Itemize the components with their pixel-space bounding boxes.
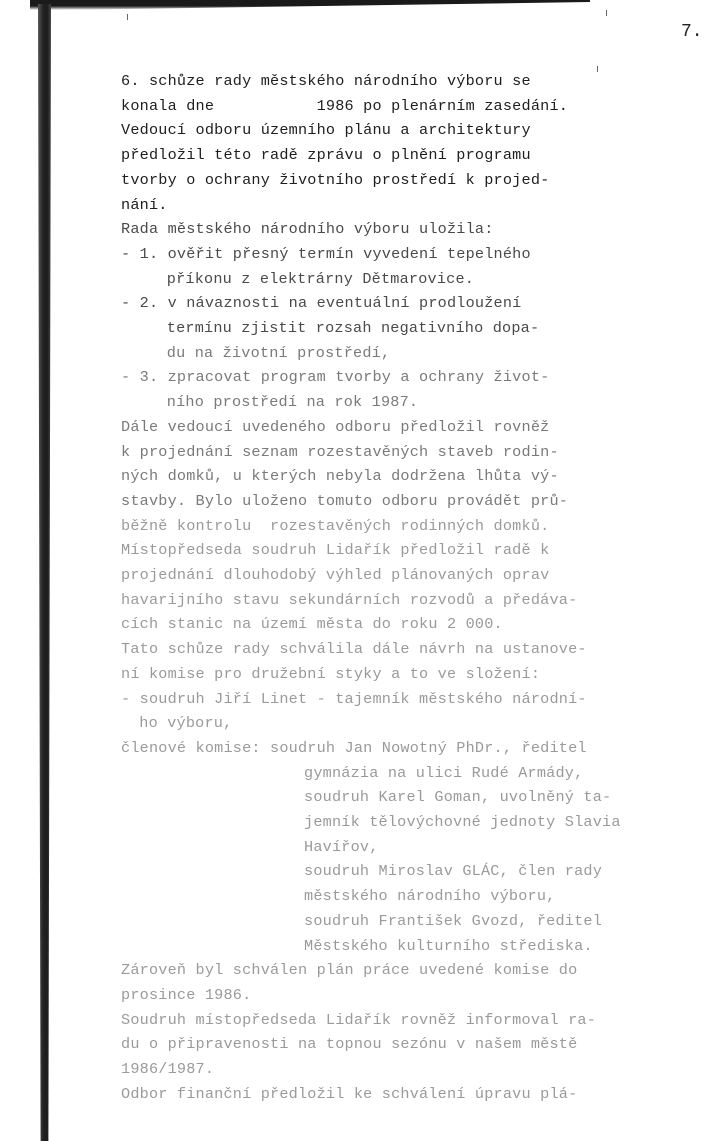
text-line: ho výboru, [139, 713, 232, 733]
text-line: Zároveň byl schválen plán práce uvedené … [121, 960, 577, 980]
text-line: du na životní prostředí, [167, 343, 391, 363]
text-line: - 3. zpracovat program tvorby a ochrany … [121, 367, 549, 387]
text-line: havarijního stavu sekundárních rozvodů a… [121, 590, 577, 610]
text-line: projednání dlouhodobý výhled plánovaných… [121, 565, 549, 585]
text-line: k projednání seznam rozestavěných staveb… [121, 442, 559, 462]
text-line: Odbor finanční předložil ke schválení úp… [121, 1084, 577, 1104]
text-line: soudruh František Gvozd, ředitel [304, 911, 602, 931]
text-line: soudruh Miroslav GLÁC, člen rady [304, 861, 602, 881]
text-line: - 1. ověřit přesný termín vyvedení tepel… [121, 244, 531, 264]
text-line: Dále vedoucí uvedeného odboru předložil … [121, 417, 549, 437]
text-line: ných domků, u kterých nebyla dodržena lh… [121, 466, 559, 486]
page-number: 7. [681, 22, 703, 42]
text-line: Soudruh místopředseda Lidařík rovněž inf… [121, 1010, 596, 1030]
text-line: běžně kontrolu rozestavěných rodinných d… [121, 516, 549, 536]
text-line: - 2. v návaznosti na eventuální prodlouž… [121, 293, 522, 313]
text-line: termínu zjistit rozsah negativního dopa- [167, 318, 540, 338]
text-line: soudruh Karel Goman, uvolněný ta- [304, 787, 611, 807]
text-line: městského národního výboru, [304, 886, 555, 906]
text-line: nání. [121, 195, 168, 215]
text-line: prosince 1986. [121, 985, 251, 1005]
scan-binding-strip [38, 4, 51, 1141]
text-line: Městského kulturního střediska. [304, 936, 593, 956]
text-line: konala dne 1986 po plenárním zasedání. [121, 96, 568, 116]
text-line: du o připravenosti na topnou sezónu v na… [121, 1034, 577, 1054]
text-line: tvorby o ochrany životního prostředí k p… [121, 170, 549, 190]
text-line: předložil této radě zprávu o plnění prog… [121, 145, 531, 165]
text-line: jemník tělovýchovné jednoty Slavia [304, 812, 621, 832]
text-line: ní komise pro družební styky a to ve slo… [121, 664, 540, 684]
text-line: Tato schůze rady schválila dále návrh na… [121, 639, 587, 659]
text-line: - soudruh Jiří Linet - tajemník městskéh… [121, 689, 587, 709]
text-line: ního prostředí na rok 1987. [167, 392, 418, 412]
text-line: 1986/1987. [121, 1059, 214, 1079]
scan-speck [597, 66, 598, 72]
scan-speck [606, 10, 607, 16]
text-line: Místopředseda soudruh Lidařík předložil … [121, 540, 549, 560]
text-line: cích stanic na území města do roku 2 000… [121, 614, 503, 634]
text-line: příkonu z elektrárny Dětmarovice. [167, 269, 474, 289]
text-line: členové komise: soudruh Jan Nowotný PhDr… [121, 738, 587, 758]
text-line: gymnázia na ulici Rudé Armády, [304, 763, 583, 783]
text-line: Rada městského národního výboru uložila: [121, 219, 494, 239]
scan-speck [127, 14, 128, 20]
text-line: Havířov, [304, 837, 379, 857]
text-line: 6. schůze rady městského národního výbor… [121, 71, 531, 91]
scan-top-edge [30, 0, 590, 10]
text-line: Vedoucí odboru územního plánu a architek… [121, 120, 531, 140]
text-line: stavby. Bylo uloženo tomuto odboru prová… [121, 491, 568, 511]
